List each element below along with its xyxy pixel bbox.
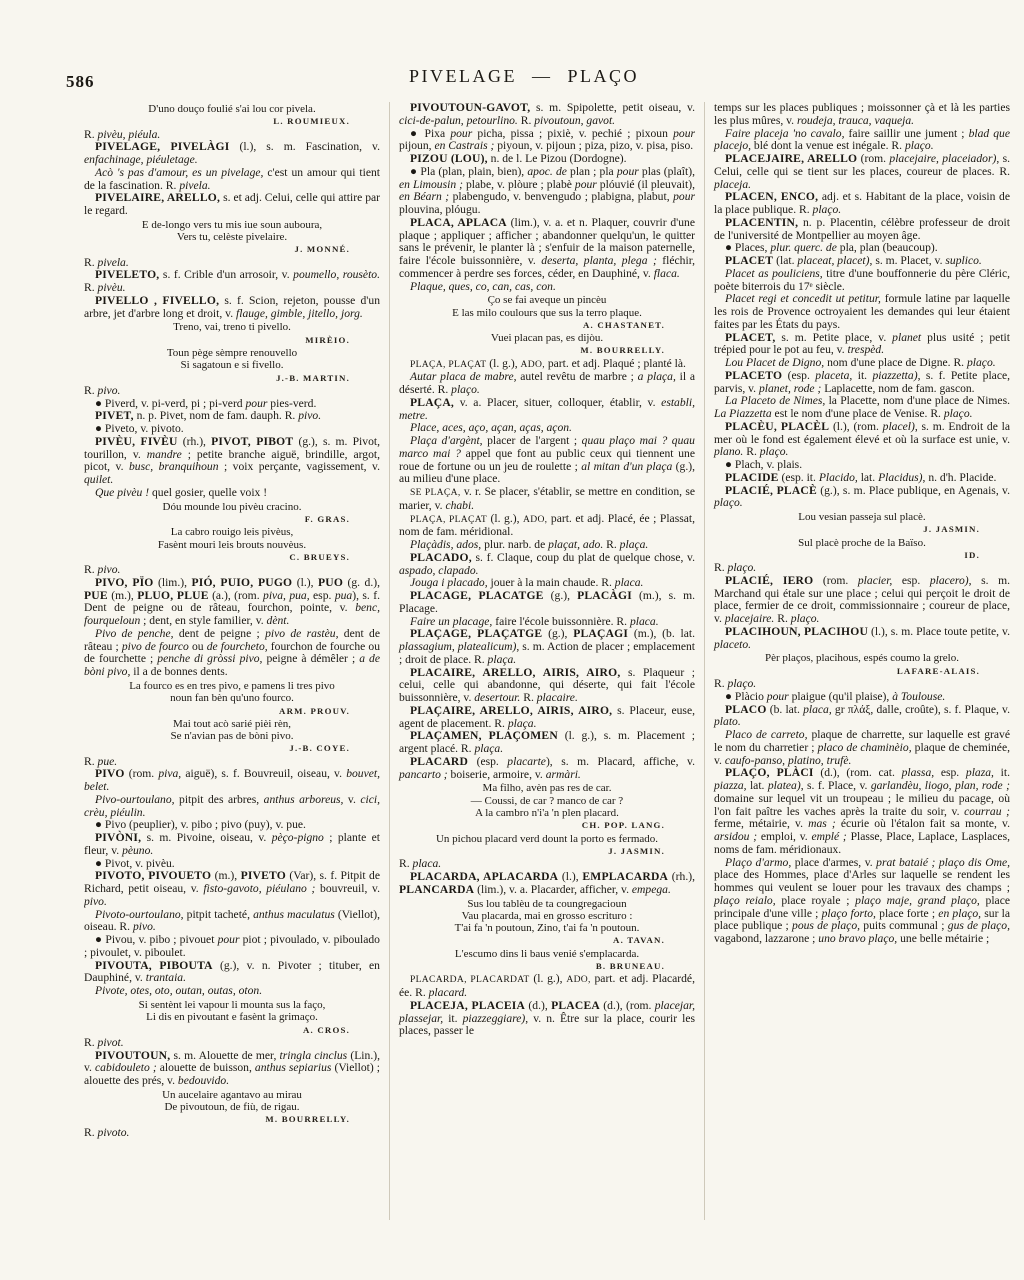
entry-paragraph: PIVELETO, s. f. Crible d'un arrosoir, v.…	[84, 269, 380, 295]
verse-line: noun fan bèn qu'uno fourco.	[84, 692, 380, 704]
verse-line: Sus lou tablèu de ta coungregacioun	[399, 898, 695, 910]
entry-paragraph: temps sur les places publiques ; moisson…	[714, 102, 1010, 128]
entry-paragraph: Acò 's pas d'amour, es un pivelage, c'es…	[84, 167, 380, 193]
entry-paragraph: PLACEJA, PLACEIA (d.), PLACEA (d.), (rom…	[399, 1000, 695, 1038]
verse-line: Sul placè proche de la Baïso.	[714, 537, 1010, 549]
entry-paragraph: ● Pixa pour picha, pissa ; pixiè, v. pec…	[399, 128, 695, 154]
attribution: A. CROS.	[84, 1024, 380, 1036]
verse-block: Lou vesian passeja sul placè.J. JASMIN.	[714, 511, 1010, 536]
entry-paragraph: PIVELAGE, PIVELÀGI (l.), s. m. Fascinati…	[84, 141, 380, 167]
verse-block: Pèr plaços, placihous, espés coumo la gr…	[714, 652, 1010, 677]
attribution: A. CHASTANET.	[399, 319, 695, 331]
entry-paragraph: PLAÇAMEN, PLAÇOMEN (l. g.), s. m. Placem…	[399, 730, 695, 756]
verse-block: Treno, vai, treno ti pivello.MIRÈIO.	[84, 321, 380, 346]
entry-paragraph: PLAÇA, PLAÇAT (l. g.), ADO, part. et adj…	[399, 358, 695, 372]
entry-paragraph: PLACADO, s. f. Claque, coup du plat de q…	[399, 552, 695, 578]
verse-block: Si sentènt lei vapour li mounta sus la f…	[84, 999, 380, 1036]
verse-line: La fourco es en tres pivo, e pamens li t…	[84, 680, 380, 692]
verse-line: Lou vesian passeja sul placè.	[714, 511, 1010, 523]
attribution: A. TAVAN.	[399, 934, 695, 946]
entry-paragraph: Plaça d'argènt, placer de l'argent ; qua…	[399, 435, 695, 486]
verse-line: Toun pège sèmpre renouvello	[84, 347, 380, 359]
entry-paragraph: PLACIHOUN, PLACIHOU (l.), s. m. Place to…	[714, 626, 1010, 652]
text-column: PIVOUTOUN-GAVOT, s. m. Spipolette, petit…	[389, 102, 695, 1220]
entry-paragraph: PLACARDA, APLACARDA (l.), EMPLACARDA (rh…	[399, 871, 695, 897]
verse-block: Sul placè proche de la Baïso.ID.	[714, 537, 1010, 562]
verse-line: Ço se fai aveque un pincèu	[399, 294, 695, 306]
entry-paragraph: PIVOUTOUN, s. m. Alouette de mer, tringl…	[84, 1050, 380, 1088]
verse-line: La cabro rouigo leis pivèus,	[84, 526, 380, 538]
verse-block: Un pichou placard verd dount la porto es…	[399, 833, 695, 858]
entry-paragraph: PIVO, PÏO (lim.), PIÓ, PUIO, PUGO (l.), …	[84, 577, 380, 628]
verse-line: Li dis en pivoutant e fasènt la grimaço.	[84, 1011, 380, 1023]
attribution: L. ROUMIEUX.	[84, 115, 380, 127]
entry-paragraph: PLACÈU, PLACÈL (l.), (rom. placel), s. m…	[714, 421, 1010, 459]
attribution: J.-B. COYE.	[84, 742, 380, 754]
entry-paragraph: ● Pla (plan, plain, bien), apoc. de plan…	[399, 166, 695, 217]
entry-paragraph: PLACAIRE, ARELLO, AIRIS, AIRO, s. Plaque…	[399, 667, 695, 705]
verse-block: Ço se fai aveque un pincèuE las milo cou…	[399, 294, 695, 331]
verse-block: D'uno douço foulié s'ai lou cor pivela.L…	[84, 103, 380, 128]
verse-block: L'escumo dins li baus venié s'emplacarda…	[399, 948, 695, 973]
entry-paragraph: PIVELLO , FIVELLO, s. f. Scion, rejeton,…	[84, 295, 380, 321]
entry-paragraph: PIVÒNI, s. m. Pivoine, oiseau, v. pèço-p…	[84, 832, 380, 858]
attribution: MIRÈIO.	[84, 334, 380, 346]
entry-paragraph: ● Pivou, v. pibo ; pivouet pour piot ; p…	[84, 934, 380, 960]
attribution: ID.	[714, 549, 1010, 561]
entry-paragraph: Pivote, otes, oto, outan, outas, oton.	[84, 985, 380, 998]
entry-paragraph: PLACO (b. lat. placa, gr πλάξ, dalle, cr…	[714, 704, 1010, 730]
attribution: B. BRUNEAU.	[399, 960, 695, 972]
verse-block: Vuei placan pas, es dijòu.M. BOURRELLY.	[399, 332, 695, 357]
verse-line: De pivoutoun, de fiù, de rigau.	[84, 1101, 380, 1113]
entry-paragraph: PLAÇO, PLÀCI (d.), (rom. cat. plassa, es…	[714, 767, 1010, 856]
verse-block: La cabro rouigo leis pivèus,Fasènt mouri…	[84, 526, 380, 563]
entry-paragraph: Que pivèu ! quel gosier, quelle voix !	[84, 487, 380, 500]
entry-paragraph: PIVO (rom. piva, aiguë), s. f. Bouvreuil…	[84, 768, 380, 794]
entry-paragraph: PLACARD (esp. placarte), s. m. Placard, …	[399, 756, 695, 782]
verse-block: Mai tout acò sarié pièi rèn,Se n'avian p…	[84, 718, 380, 755]
entry-paragraph: SE PLAÇA, v. r. Se placer, s'établir, se…	[399, 486, 695, 513]
running-head: 586 PIVELAGE — PLAÇO	[64, 66, 984, 96]
verse-block: Ma filho, avèn pas res de car.— Coussi, …	[399, 782, 695, 831]
entry-paragraph: PLAÇAGE, PLAÇATGE (g.), PLAÇAGI (m.), (b…	[399, 628, 695, 666]
entry-paragraph: PIVOUTA, PIBOUTA (g.), v. n. Pivoter ; t…	[84, 960, 380, 986]
entry-paragraph: PLACEJAIRE, ARELLO (rom. placejaire, pla…	[714, 153, 1010, 191]
verse-line: A la cambro n'i'a 'n plen placard.	[399, 807, 695, 819]
entry-paragraph: Plaço d'armo, place d'armes, v. prat bat…	[714, 857, 1010, 946]
attribution: F. GRAS.	[84, 513, 380, 525]
entry-paragraph: PLAÇA, PLAÇAT (l. g.), ADO, part. et adj…	[399, 513, 695, 540]
attribution: C. BRUEYS.	[84, 551, 380, 563]
attribution: ARM. PROUV.	[84, 705, 380, 717]
verse-line: Se n'avian pas de bòni pivo.	[84, 730, 380, 742]
verse-line: E las milo coulours que sus la terro pla…	[399, 307, 695, 319]
entry-paragraph: PLAÇA, v. a. Placer, situer, colloquer, …	[399, 397, 695, 423]
entry-paragraph: Pivo-ourtoulano, pitpit des arbres, anth…	[84, 794, 380, 820]
verse-line: L'escumo dins li baus venié s'emplacarda…	[399, 948, 695, 960]
attribution: J. MONNÉ.	[84, 243, 380, 255]
entry-paragraph: PLACARDA, PLACARDAT (l. g.), ADO, part. …	[399, 973, 695, 1000]
entry-paragraph: PIVELAIRE, ARELLO, s. et adj. Celui, cel…	[84, 192, 380, 218]
verse-block: Dóu mounde lou pivèu cracino.F. GRAS.	[84, 501, 380, 526]
entry-paragraph: Placo de carreto, plaque de charrette, s…	[714, 729, 1010, 767]
entry-paragraph: Pivo de penche, dent de peigne ; pivo de…	[84, 628, 380, 679]
verse-line: Vers tu, celèste pivelaire.	[84, 231, 380, 243]
entry-paragraph: PLACET, s. m. Petite place, v. planet pl…	[714, 332, 1010, 358]
attribution: M. BOURRELLY.	[84, 1113, 380, 1125]
attribution: J.-B. MARTIN.	[84, 372, 380, 384]
verse-block: Sus lou tablèu de ta coungregaciounVau p…	[399, 898, 695, 947]
entry-paragraph: R. pivoto.	[84, 1127, 380, 1140]
verse-line: Un aucelaire agantavo au mirau	[84, 1089, 380, 1101]
verse-line: Vuei placan pas, es dijòu.	[399, 332, 695, 344]
entry-paragraph: Plaque, ques, co, can, cas, con.	[399, 281, 695, 294]
verse-line: Ma filho, avèn pas res de car.	[399, 782, 695, 794]
attribution: M. BOURRELLY.	[399, 344, 695, 356]
entry-paragraph: PIVOTO, PIVOUETO (m.), PIVETO (Var), s. …	[84, 870, 380, 908]
entry-paragraph: PLACENTIN, n. p. Placentin, célèbre prof…	[714, 217, 1010, 243]
attribution: J. JASMIN.	[399, 845, 695, 857]
page-title: PIVELAGE — PLAÇO	[64, 66, 984, 87]
verse-block: Toun pège sèmpre renouvelloSi sagatoun e…	[84, 347, 380, 384]
entry-paragraph: PLACAGE, PLACATGE (g.), PLACÀGI (m.), s.…	[399, 590, 695, 616]
entry-paragraph: PLACA, APLACA (lim.), v. a. et n. Plaque…	[399, 217, 695, 281]
verse-line: Fasènt mouri leis brouts nouvèus.	[84, 539, 380, 551]
text-column: D'uno douço foulié s'ai lou cor pivela.L…	[84, 102, 380, 1220]
verse-line: — Coussi, de car ? manco de car ?	[399, 795, 695, 807]
entry-paragraph: Placet regi et concedit ut petitur, form…	[714, 293, 1010, 331]
entry-paragraph: PIVÈU, FIVÈU (rh.), PIVOT, PIBOT (g.), s…	[84, 436, 380, 487]
entry-paragraph: PLACETO (esp. placeta, it. piazzetta), s…	[714, 370, 1010, 396]
entry-paragraph: La Placeto de Nimes, la Placette, nom d'…	[714, 395, 1010, 421]
page-number: 586	[66, 72, 95, 92]
entry-paragraph: Faire placeja 'no cavalo, faire saillir …	[714, 128, 1010, 154]
entry-paragraph: Autar placa de mabre, autel revêtu de ma…	[399, 371, 695, 397]
entry-paragraph: PLACIÉ, IERO (rom. placier, esp. placero…	[714, 575, 1010, 626]
entry-paragraph: PLACIÉ, PLACÈ (g.), s. m. Place publique…	[714, 485, 1010, 511]
verse-line: Si sagatoun e si fivello.	[84, 359, 380, 371]
entry-paragraph: Pivoto-ourtoulano, pitpit tacheté, anthu…	[84, 909, 380, 935]
attribution: LAFARE-ALAIS.	[714, 665, 1010, 677]
verse-line: Vau placarda, mai en grosso escrituro :	[399, 910, 695, 922]
attribution: CH. POP. LANG.	[399, 819, 695, 831]
verse-block: E de-longo vers tu mis iue soun auboura,…	[84, 219, 380, 256]
verse-line: Mai tout acò sarié pièi rèn,	[84, 718, 380, 730]
text-columns: D'uno douço foulié s'ai lou cor pivela.L…	[84, 102, 1010, 1220]
verse-line: E de-longo vers tu mis iue soun auboura,	[84, 219, 380, 231]
verse-block: La fourco es en tres pivo, e pamens li t…	[84, 680, 380, 717]
entry-paragraph: PIVOUTOUN-GAVOT, s. m. Spipolette, petit…	[399, 102, 695, 128]
text-column: temps sur les places publiques ; moisson…	[704, 102, 1010, 1220]
verse-line: Dóu mounde lou pivèu cracino.	[84, 501, 380, 513]
verse-block: Un aucelaire agantavo au mirauDe pivouto…	[84, 1089, 380, 1126]
verse-line: Si sentènt lei vapour li mounta sus la f…	[84, 999, 380, 1011]
verse-line: Pèr plaços, placihous, espés coumo la gr…	[714, 652, 1010, 664]
entry-paragraph: Placet as pouliciens, titre d'une bouffo…	[714, 268, 1010, 294]
dictionary-page: 586 PIVELAGE — PLAÇO D'uno douço foulié …	[0, 0, 1024, 1280]
verse-line: D'uno douço foulié s'ai lou cor pivela.	[84, 103, 380, 115]
entry-paragraph: PLACEN, ENCO, adj. et s. Habitant de la …	[714, 191, 1010, 217]
verse-line: Treno, vai, treno ti pivello.	[84, 321, 380, 333]
verse-line: T'ai fa 'n poutoun, Zino, t'ai fa 'n pou…	[399, 922, 695, 934]
entry-paragraph: PLAÇAIRE, ARELLO, AIRIS, AIRO, s. Placeu…	[399, 705, 695, 731]
attribution: J. JASMIN.	[714, 523, 1010, 535]
verse-line: Un pichou placard verd dount la porto es…	[399, 833, 695, 845]
